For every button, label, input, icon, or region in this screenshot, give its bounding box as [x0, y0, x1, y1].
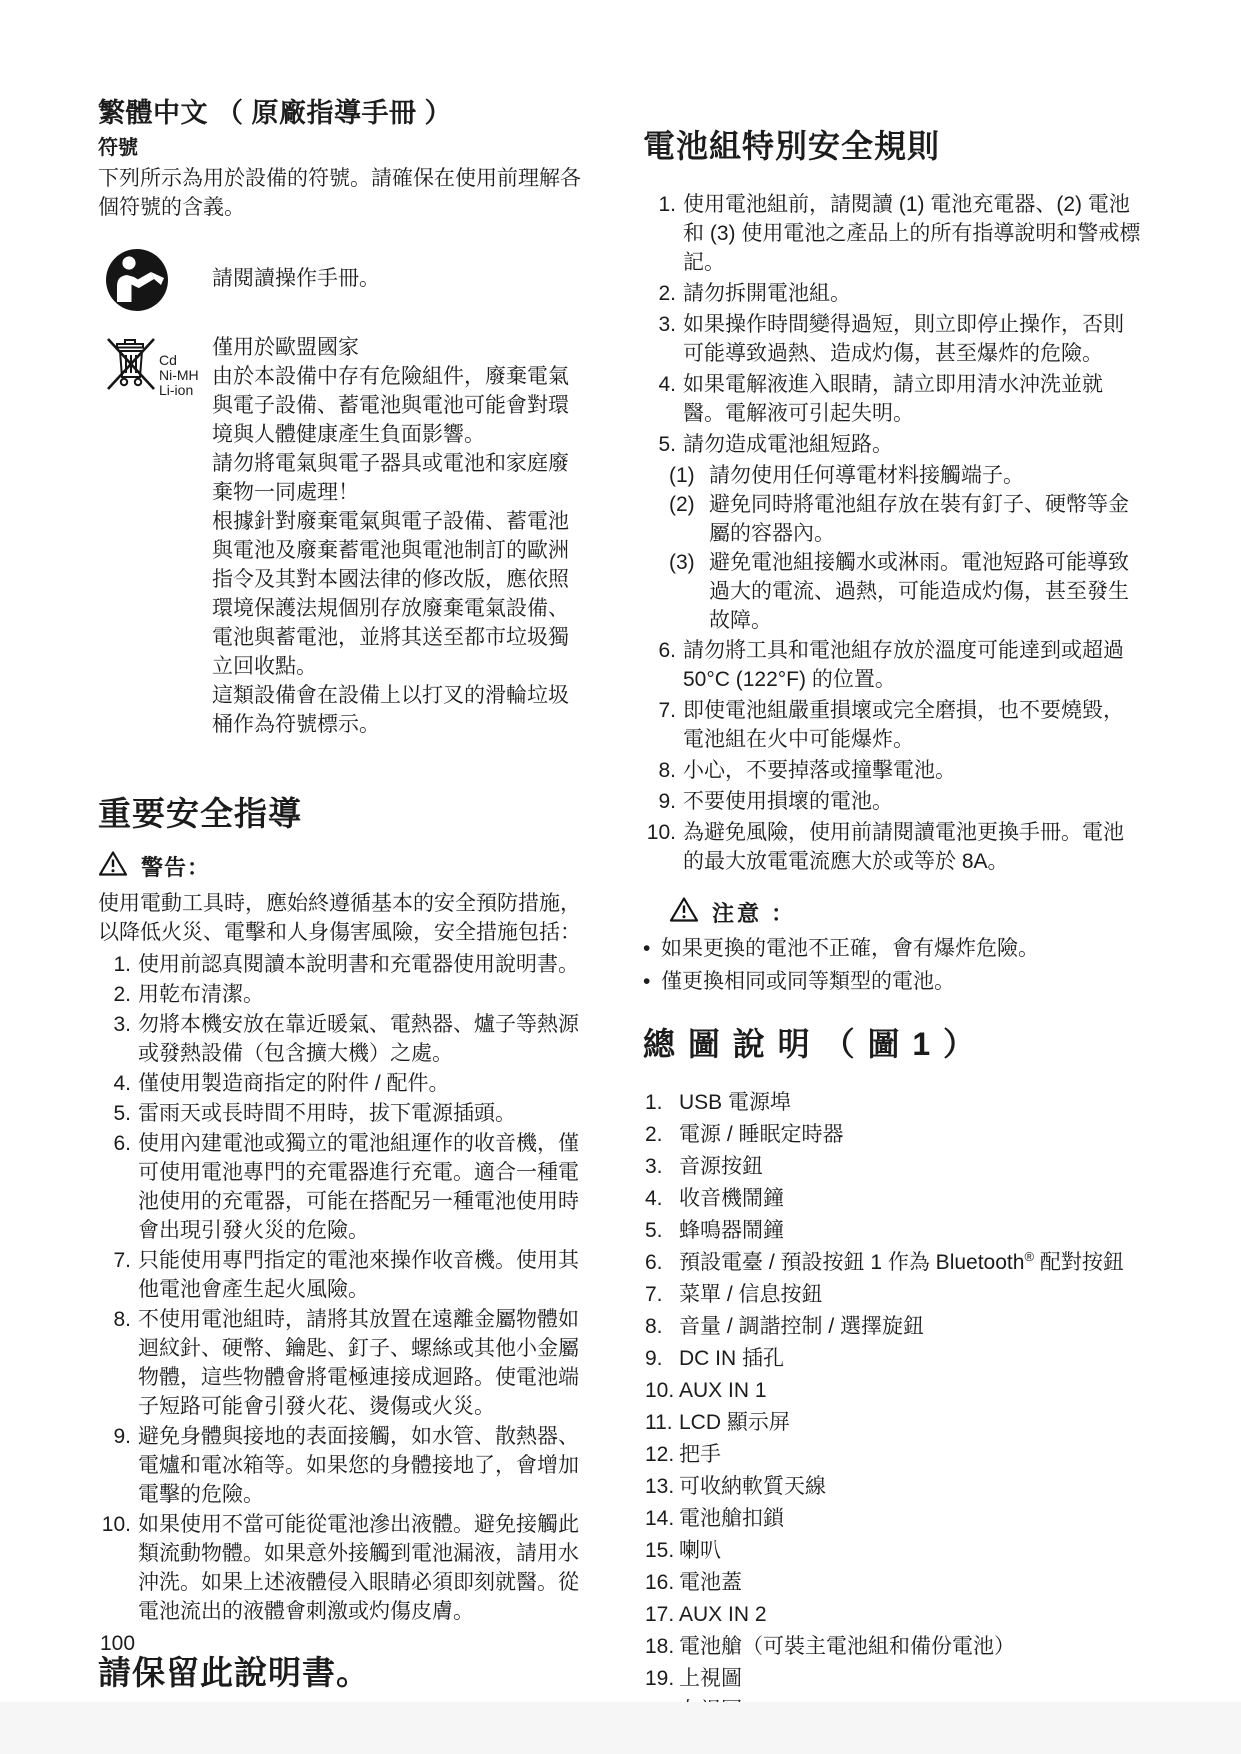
- list-item: 13.可收納軟質天線: [643, 1472, 1143, 1501]
- item-text: 請勿造成電池組短路。: [683, 430, 1143, 459]
- item-number: 11.: [643, 1408, 679, 1437]
- weee-paragraph: 根據針對廢棄電氣與電子設備、蓄電池與電池及廢棄蓄電池與電池制訂的歐洲指令及其對本…: [212, 507, 582, 681]
- list-item: 7.菜單 / 信息按鈕: [643, 1280, 1143, 1309]
- list-item: 15.喇叭: [643, 1536, 1143, 1565]
- item-number: 7.: [98, 1246, 138, 1304]
- item-number: 18.: [643, 1632, 679, 1661]
- list-item: 1.USB 電源埠: [643, 1088, 1143, 1117]
- item-number: 5.: [643, 1216, 679, 1245]
- list-item: 12.把手: [643, 1440, 1143, 1469]
- item-text: 蜂鳴器鬧鐘: [679, 1216, 1143, 1245]
- list-item: 14.電池艙扣鎖: [643, 1504, 1143, 1533]
- item-text: 請勿使用任何導電材料接觸端子。: [709, 461, 1143, 490]
- item-text: 使用電池組前，請閱讀 (1) 電池充電器、(2) 電池和 (3) 使用電池之產品…: [683, 190, 1143, 277]
- warning-intro: 使用電動工具時，應始終遵循基本的安全預防措施，以降低火災、電擊和人身傷害風險，安…: [98, 889, 582, 947]
- list-item: 4.收音機鬧鐘: [643, 1184, 1143, 1213]
- symbols-intro: 下列所示為用於設備的符號。請確保在使用前理解各個符號的含義。: [98, 164, 582, 222]
- item-text: 如果使用不當可能從電池滲出液體。避免接觸此類流動物體。如果意外接觸到電池漏液，請…: [138, 1510, 582, 1626]
- item-number: (2): [669, 490, 709, 548]
- bullet-text: 如果更換的電池不正確，會有爆炸危險。: [661, 934, 1039, 963]
- sub-list-item: (1)請勿使用任何導電材料接觸端子。: [669, 461, 1143, 490]
- item-number: 4.: [643, 1184, 679, 1213]
- read-manual-icon: [105, 248, 169, 317]
- page-title: 繁體中文 （ 原廠指導手冊 ）: [98, 96, 582, 131]
- list-item: 8.小心，不要掉落或撞擊電池。: [643, 756, 1143, 785]
- item-number: 4.: [98, 1069, 138, 1098]
- item-text: 僅使用製造商指定的附件 / 配件。: [138, 1069, 582, 1098]
- item-text: 電池艙（可裝主電池組和備份電池）: [679, 1632, 1143, 1661]
- item-text: 只能使用專門指定的電池來操作收音機。使用其他電池會產生起火風險。: [138, 1246, 582, 1304]
- item-text: 即使電池組嚴重損壞或完全磨損，也不要燒毀，電池組在火中可能爆炸。: [683, 696, 1143, 754]
- item-text: 預設電臺 / 預設按鈕 1 作為 Bluetooth® 配對按鈕: [679, 1248, 1143, 1277]
- item-number: 7.: [643, 1280, 679, 1309]
- item-number: 5.: [98, 1099, 138, 1128]
- sub-list-item: (2)避免同時將電池組存放在裝有釘子、硬幣等金屬的容器內。: [669, 490, 1143, 548]
- bluetooth-text-post: 配對按鈕: [1034, 1251, 1124, 1274]
- scan-edge-shade: [0, 1702, 1241, 1754]
- item-text: 菜單 / 信息按鈕: [679, 1280, 1143, 1309]
- item-number: 8.: [643, 1312, 679, 1341]
- warning-label: 警告：: [141, 851, 210, 882]
- item-number: 15.: [643, 1536, 679, 1565]
- item-text: 用乾布清潔。: [138, 980, 582, 1009]
- list-item: 2.電源 / 睡眠定時器: [643, 1120, 1143, 1149]
- item-number: 2.: [98, 980, 138, 1009]
- caution-label: 注意 ：: [712, 897, 796, 928]
- item-number: 1.: [98, 950, 138, 979]
- right-column: 電池組特別安全規則 1.使用電池組前，請閱讀 (1) 電池充電器、(2) 電池和…: [643, 0, 1143, 1754]
- caution-triangle-icon: [669, 896, 699, 928]
- item-number: 6.: [643, 636, 683, 694]
- item-number: 8.: [98, 1305, 138, 1421]
- item-text: 可收納軟質天線: [679, 1472, 1143, 1501]
- caution-bullet-list: •如果更換的電池不正確，會有爆炸危險。 •僅更換相同或同等類型的電池。: [643, 934, 1143, 996]
- weee-paragraph: 請勿將電氣與電子器具或電池和家庭廢棄物一同處理！: [212, 449, 582, 507]
- item-text: 避免身體與接地的表面接觸，如水管、散熱器、電爐和電冰箱等。如果您的身體接地了，會…: [138, 1422, 582, 1509]
- weee-paragraph: 僅用於歐盟國家: [212, 333, 582, 362]
- item-number: (1): [669, 461, 709, 490]
- registered-mark: ®: [1024, 1249, 1034, 1264]
- important-safety-heading: 重要安全指導: [98, 793, 582, 834]
- item-number: 10.: [98, 1510, 138, 1626]
- battery-safety-list: 1.使用電池組前，請閱讀 (1) 電池充電器、(2) 電池和 (3) 使用電池之…: [643, 190, 1143, 459]
- item-number: 1.: [643, 190, 683, 277]
- list-item: 8.不使用電池組時，請將其放置在遠離金屬物體如迴紋針、硬幣、鑰匙、釘子、螺絲或其…: [98, 1305, 582, 1421]
- item-number: 10.: [643, 818, 683, 876]
- list-item: 7.即使電池組嚴重損壞或完全磨損，也不要燒毀，電池組在火中可能爆炸。: [643, 696, 1143, 754]
- list-item: 4.如果電解液進入眼睛，請立即用清水沖洗並就醫。電解液可引起失明。: [643, 370, 1143, 428]
- overview-heading: 總 圖 說 明 （ 圖 1 ）: [643, 1024, 1143, 1064]
- item-number: (3): [669, 548, 709, 635]
- item-text: 請勿拆開電池組。: [683, 279, 1143, 308]
- item-text: 為避免風險，使用前請閱讀電池更換手冊。電池的最大放電電流應大於或等於 8A。: [683, 818, 1143, 876]
- item-number: 14.: [643, 1504, 679, 1533]
- warning-triangle-icon: [98, 850, 128, 882]
- item-number: 9.: [643, 1344, 679, 1373]
- item-text: 勿將本機安放在靠近暖氣、電熱器、爐子等熱源或發熱設備（包含擴大機）之處。: [138, 1010, 582, 1068]
- item-number: 6.: [98, 1129, 138, 1245]
- overview-parts-list: 1.USB 電源埠 2.電源 / 睡眠定時器 3.音源按鈕 4.收音機鬧鐘 5.…: [643, 1088, 1143, 1754]
- item-text: 請勿將工具和電池組存放於溫度可能達到或超過 50°C (122°F) 的位置。: [683, 636, 1143, 694]
- item-number: 16.: [643, 1568, 679, 1597]
- list-item: 4.僅使用製造商指定的附件 / 配件。: [98, 1069, 582, 1098]
- item-text: 避免同時將電池組存放在裝有釘子、硬幣等金屬的容器內。: [709, 490, 1143, 548]
- list-item: 6.使用內建電池或獨立的電池組運作的收音機，僅可使用電池專門的充電器進行充電。適…: [98, 1129, 582, 1245]
- item-number: 3.: [643, 1152, 679, 1181]
- list-item: 3.音源按鈕: [643, 1152, 1143, 1181]
- keep-instructions-heading: 請保留此說明書。: [98, 1652, 582, 1693]
- weee-crossed-bin-icon: [105, 331, 157, 398]
- list-item: 5.蜂鳴器鬧鐘: [643, 1216, 1143, 1245]
- item-text: 上視圖: [679, 1664, 1143, 1693]
- weee-description: 僅用於歐盟國家 由於本設備中存有危險組件，廢棄電氣與電子設備、蓄電池與電池可能會…: [212, 333, 582, 739]
- item-number: 9.: [98, 1422, 138, 1509]
- item-number: 12.: [643, 1440, 679, 1469]
- chem-label-nimh: Ni-MH: [159, 368, 199, 383]
- item-text: 音量 / 調諧控制 / 選擇旋鈕: [679, 1312, 1143, 1341]
- battery-safety-list-continued: 6.請勿將工具和電池組存放於溫度可能達到或超過 50°C (122°F) 的位置…: [643, 636, 1143, 876]
- list-item: 10.為避免風險，使用前請閱讀電池更換手冊。電池的最大放電電流應大於或等於 8A…: [643, 818, 1143, 876]
- bullet-marker: •: [643, 967, 661, 996]
- weee-paragraph: 由於本設備中存有危險組件，廢棄電氣與電子設備、蓄電池與電池可能會對環境與人體健康…: [212, 362, 582, 449]
- read-manual-label: 請閱讀操作手冊。: [212, 264, 380, 293]
- item-text: LCD 顯示屏: [679, 1408, 1143, 1437]
- item-number: 7.: [643, 696, 683, 754]
- bluetooth-text-pre: 預設電臺 / 預設按鈕 1 作為 Bluetooth: [679, 1251, 1024, 1274]
- bullet-item: •僅更換相同或同等類型的電池。: [643, 967, 1143, 996]
- warning-row: 警告：: [98, 850, 582, 882]
- list-item: 2.請勿拆開電池組。: [643, 279, 1143, 308]
- list-item: 3.如果操作時間變得過短，則立即停止操作，否則可能導致過熱、造成灼傷，甚至爆炸的…: [643, 310, 1143, 368]
- sub-list-item: (3)避免電池組接觸水或淋雨。電池短路可能導致過大的電流、過熱，可能造成灼傷，甚…: [669, 548, 1143, 635]
- item-number: 9.: [643, 787, 683, 816]
- item-text: 使用前認真閱讀本說明書和充電器使用說明書。: [138, 950, 582, 979]
- item-text: 不使用電池組時，請將其放置在遠離金屬物體如迴紋針、硬幣、鑰匙、釘子、螺絲或其他小…: [138, 1305, 582, 1421]
- item-text: 把手: [679, 1440, 1143, 1469]
- item-text: AUX IN 1: [679, 1376, 1143, 1405]
- item-text: AUX IN 2: [679, 1600, 1143, 1629]
- item-number: 1.: [643, 1088, 679, 1117]
- short-circuit-sub-list: (1)請勿使用任何導電材料接觸端子。 (2)避免同時將電池組存放在裝有釘子、硬幣…: [669, 461, 1143, 635]
- item-text: 電池艙扣鎖: [679, 1504, 1143, 1533]
- item-text: 如果操作時間變得過短，則立即停止操作，否則可能導致過熱、造成灼傷，甚至爆炸的危險…: [683, 310, 1143, 368]
- bullet-text: 僅更換相同或同等類型的電池。: [661, 967, 955, 996]
- item-text: 電池蓋: [679, 1568, 1143, 1597]
- list-item: 8.音量 / 調諧控制 / 選擇旋鈕: [643, 1312, 1143, 1341]
- list-item: 10.如果使用不當可能從電池滲出液體。避免接觸此類流動物體。如果意外接觸到電池漏…: [98, 1510, 582, 1626]
- list-item: 10.AUX IN 1: [643, 1376, 1143, 1405]
- item-text: 喇叭: [679, 1536, 1143, 1565]
- item-text: 使用內建電池或獨立的電池組運作的收音機，僅可使用電池專門的充電器進行充電。適合一…: [138, 1129, 582, 1245]
- bullet-marker: •: [643, 934, 661, 963]
- list-item: 6.請勿將工具和電池組存放於溫度可能達到或超過 50°C (122°F) 的位置…: [643, 636, 1143, 694]
- item-text: 收音機鬧鐘: [679, 1184, 1143, 1213]
- item-number: 4.: [643, 370, 683, 428]
- item-number: 8.: [643, 756, 683, 785]
- manual-page: 繁體中文 （ 原廠指導手冊 ） 符號 下列所示為用於設備的符號。請確保在使用前理…: [0, 0, 1241, 1754]
- list-item: 1.使用電池組前，請閱讀 (1) 電池充電器、(2) 電池和 (3) 使用電池之…: [643, 190, 1143, 277]
- list-item-bluetooth: 6.預設電臺 / 預設按鈕 1 作為 Bluetooth® 配對按鈕: [643, 1248, 1143, 1277]
- item-text: 小心，不要掉落或撞擊電池。: [683, 756, 1143, 785]
- item-number: 6.: [643, 1248, 679, 1277]
- list-item: 1.使用前認真閱讀本說明書和充電器使用說明書。: [98, 950, 582, 979]
- list-item: 9.避免身體與接地的表面接觸，如水管、散熱器、電爐和電冰箱等。如果您的身體接地了…: [98, 1422, 582, 1509]
- item-number: 10.: [643, 1376, 679, 1405]
- item-number: 3.: [98, 1010, 138, 1068]
- battery-safety-heading: 電池組特別安全規則: [643, 126, 1143, 166]
- item-number: 5.: [643, 430, 683, 459]
- bullet-item: •如果更換的電池不正確，會有爆炸危險。: [643, 934, 1143, 963]
- chem-label-cd: Cd: [159, 353, 199, 368]
- item-text: 如果電解液進入眼睛，請立即用清水沖洗並就醫。電解液可引起失明。: [683, 370, 1143, 428]
- chem-label-liion: Li-ion: [159, 383, 199, 398]
- item-number: 19.: [643, 1664, 679, 1693]
- list-item: 2.用乾布清潔。: [98, 980, 582, 1009]
- item-text: 音源按鈕: [679, 1152, 1143, 1181]
- list-item: 3.勿將本機安放在靠近暖氣、電熱器、爐子等熱源或發熱設備（包含擴大機）之處。: [98, 1010, 582, 1068]
- item-text: 雷雨天或長時間不用時，拔下電源插頭。: [138, 1099, 582, 1128]
- caution-row: 注意 ：: [669, 896, 1143, 928]
- list-item: 9.不要使用損壞的電池。: [643, 787, 1143, 816]
- list-item: 16.電池蓋: [643, 1568, 1143, 1597]
- item-number: 13.: [643, 1472, 679, 1501]
- left-column: 繁體中文 （ 原廠指導手冊 ） 符號 下列所示為用於設備的符號。請確保在使用前理…: [98, 0, 582, 1694]
- list-item: 7.只能使用專門指定的電池來操作收音機。使用其他電池會產生起火風險。: [98, 1246, 582, 1304]
- list-item: 5.雷雨天或長時間不用時，拔下電源插頭。: [98, 1099, 582, 1128]
- symbols-heading: 符號: [98, 136, 582, 161]
- symbol-row-weee: Cd Ni-MH Li-ion 僅用於歐盟國家 由於本設備中存有危險組件，廢棄電…: [98, 331, 582, 739]
- page-number: 100: [100, 1632, 135, 1656]
- list-item: 17.AUX IN 2: [643, 1600, 1143, 1629]
- item-number: 3.: [643, 310, 683, 368]
- list-item: 19.上視圖: [643, 1664, 1143, 1693]
- item-text: DC IN 插孔: [679, 1344, 1143, 1373]
- item-text: 電源 / 睡眠定時器: [679, 1120, 1143, 1149]
- list-item: 5.請勿造成電池組短路。: [643, 430, 1143, 459]
- item-number: 17.: [643, 1600, 679, 1629]
- item-text: 不要使用損壞的電池。: [683, 787, 1143, 816]
- list-item: 9.DC IN 插孔: [643, 1344, 1143, 1373]
- item-text: 避免電池組接觸水或淋雨。電池短路可能導致過大的電流、過熱，可能造成灼傷，甚至發生…: [709, 548, 1143, 635]
- battery-chemistry-labels: Cd Ni-MH Li-ion: [159, 353, 199, 398]
- weee-paragraph: 這類設備會在設備上以打叉的滑輪垃圾桶作為符號標示。: [212, 681, 582, 739]
- item-text: USB 電源埠: [679, 1088, 1143, 1117]
- list-item: 11.LCD 顯示屏: [643, 1408, 1143, 1437]
- symbol-row-read-manual: 請閱讀操作手冊。: [98, 248, 582, 317]
- item-number: 2.: [643, 1120, 679, 1149]
- item-number: 2.: [643, 279, 683, 308]
- safety-instructions-list: 1.使用前認真閱讀本說明書和充電器使用說明書。 2.用乾布清潔。 3.勿將本機安…: [98, 950, 582, 1626]
- list-item: 18.電池艙（可裝主電池組和備份電池）: [643, 1632, 1143, 1661]
